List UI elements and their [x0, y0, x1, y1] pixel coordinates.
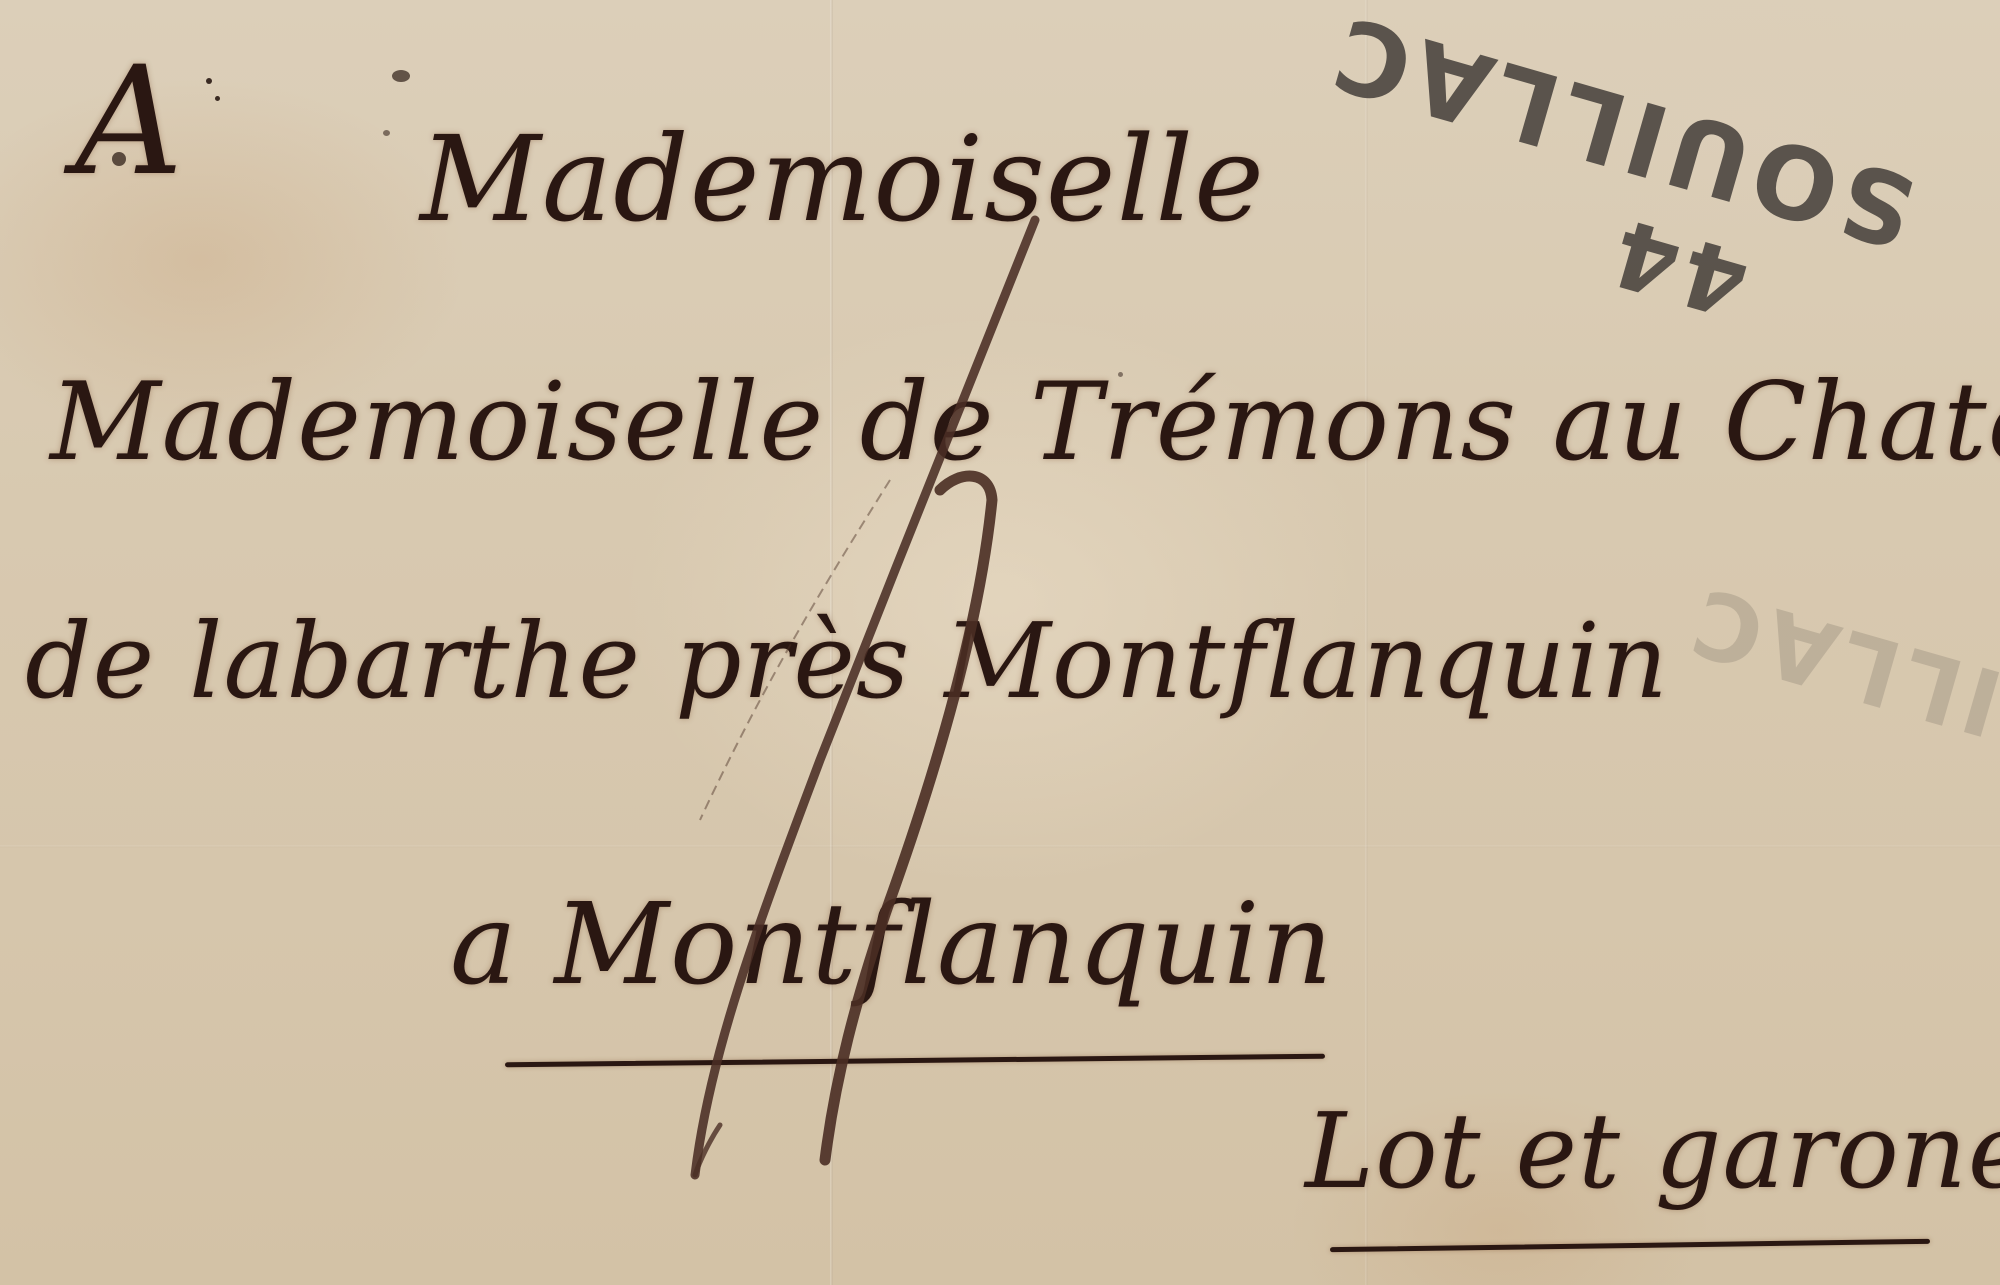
ink-blot [392, 70, 410, 82]
address-department: Lot et garone [1305, 1090, 2000, 1212]
ink-speck [383, 130, 390, 136]
ink-speck [215, 96, 220, 101]
address-salutation: A [75, 35, 184, 209]
department-underline [1330, 1239, 1930, 1252]
rate-mark-eleven [640, 200, 1060, 1190]
postmark-souillac: 44 SOUILLAC [1365, 0, 1975, 387]
ink-speck [206, 78, 212, 84]
postmark-ghost-offset: SOUILLAC [1676, 565, 2000, 821]
